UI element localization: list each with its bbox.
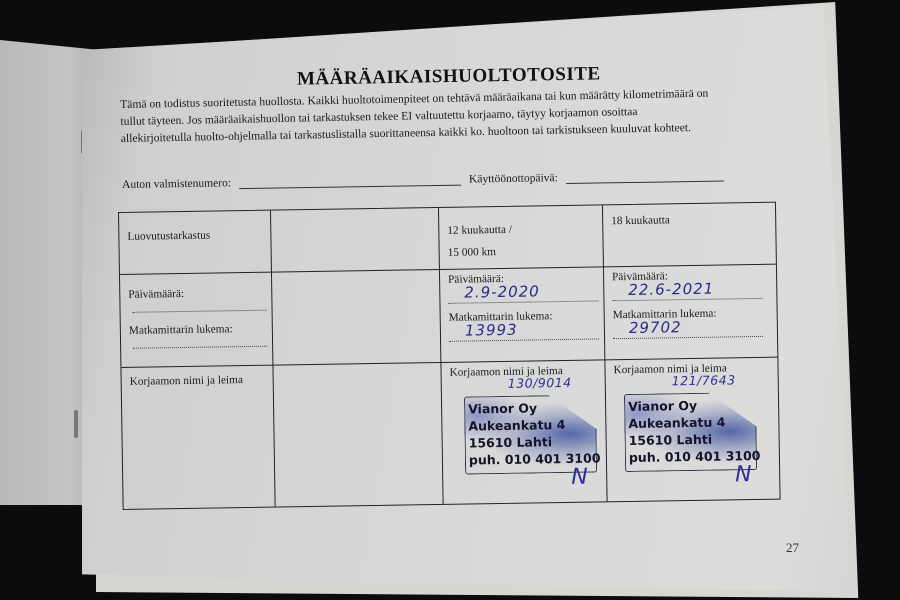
stamp-company: Vianor Oy xyxy=(468,398,600,417)
service-18m-date-odometer-cell: Päivämäärä: 22.6-2021 Matkamittarin luke… xyxy=(604,265,777,361)
handwritten-work-order-number: 121/7643 xyxy=(672,372,736,388)
workshop-stamp-text: Vianor Oy Aukeankatu 4 15610 Lahti puh. … xyxy=(468,398,601,468)
handover-workshop-cell: Korjaamon nimi ja leima xyxy=(121,366,275,509)
header-12-months: 12 kuukautta / 15 000 km xyxy=(439,205,604,270)
vin-label: Auton valmistenumero: xyxy=(122,177,231,191)
header-label: 18 kuukautta xyxy=(611,214,670,227)
header-empty xyxy=(271,208,440,273)
stamp-company: Vianor Oy xyxy=(628,396,760,415)
service-12m-workshop-cell: Korjaamon nimi ja leima 130/9014 Vianor … xyxy=(441,360,607,504)
header-handover-inspection: Luovutustarkastus xyxy=(119,211,272,275)
handwritten-work-order-number: 130/9014 xyxy=(508,375,572,391)
stamp-city: 15610 Lahti xyxy=(629,430,761,449)
empty-date-odometer-cell xyxy=(272,270,441,366)
signature: N xyxy=(735,462,752,487)
service-18m-workshop-cell: Korjaamon nimi ja leima 121/7643 Vianor … xyxy=(605,358,779,502)
workshop-stamp-text: Vianor Oy Aukeankatu 4 15610 Lahti puh. … xyxy=(628,396,761,466)
stamp-street: Aukeankatu 4 xyxy=(468,415,600,434)
commissioning-date-field[interactable] xyxy=(566,169,724,184)
binding-staple-bottom xyxy=(74,410,78,438)
date-value[interactable]: 22.6-2021 xyxy=(628,281,768,298)
signature: N xyxy=(571,465,588,490)
date-label: Päivämäärä: xyxy=(128,287,263,301)
odometer-field[interactable] xyxy=(133,345,267,349)
date-value[interactable]: 2.9-2020 xyxy=(464,284,595,301)
empty-workshop-cell xyxy=(273,363,443,507)
stamp-city: 15610 Lahti xyxy=(469,432,601,451)
header-line-2: 15 000 km xyxy=(448,240,595,264)
handover-date-odometer-cell: Päivämäärä: Matkamittarin lukema: xyxy=(120,273,273,368)
odometer-value[interactable]: 29702 xyxy=(629,319,769,336)
header-18-months: 18 kuukautta xyxy=(603,203,776,268)
service-record-table: Luovutustarkastus 12 kuukautta / 15 000 … xyxy=(118,202,781,510)
header-line-1: 12 kuukautta / xyxy=(447,218,594,242)
workshop-label: Korjaamon nimi ja leima xyxy=(130,374,243,388)
date-field[interactable] xyxy=(133,309,267,313)
page-number: 27 xyxy=(786,540,799,556)
commissioning-date-label: Käyttöönottopäivä: xyxy=(469,172,558,185)
odometer-value[interactable]: 13993 xyxy=(465,322,596,339)
service-12m-date-odometer-cell: Päivämäärä: 2.9-2020 Matkamittarin lukem… xyxy=(440,267,605,363)
stamp-street: Aukeankatu 4 xyxy=(628,413,760,432)
header-label: Luovutustarkastus xyxy=(127,230,210,243)
odometer-label: Matkamittarin lukema: xyxy=(129,323,264,337)
